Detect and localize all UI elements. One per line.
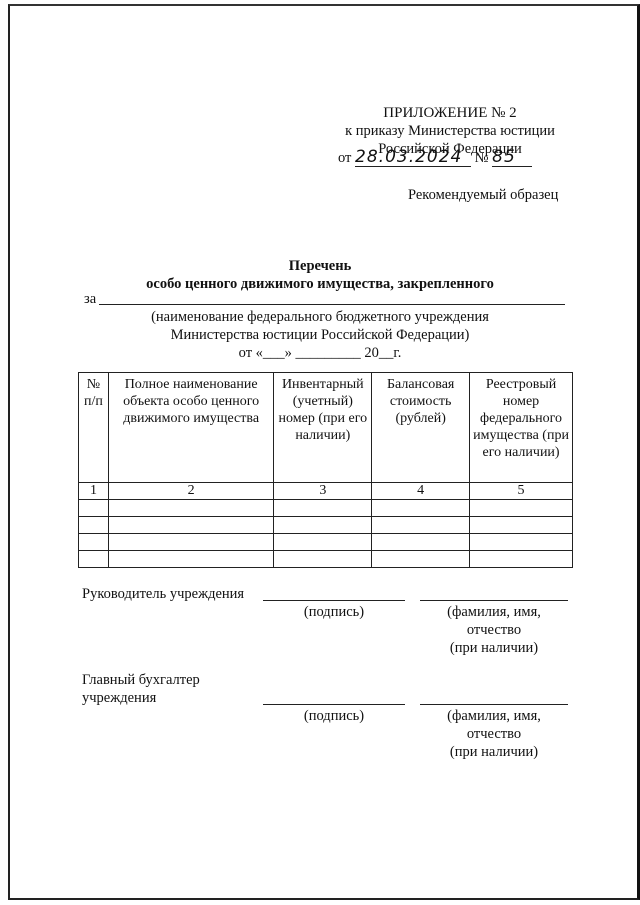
table-cell[interactable] [108, 551, 273, 568]
column-number: 2 [108, 483, 273, 500]
header-cell-index: № п/п [79, 373, 109, 483]
institution-prefix: за [84, 290, 96, 308]
institution-hint-line-2: Министерства юстиции Российской Федераци… [80, 326, 560, 344]
table-cell[interactable] [274, 534, 372, 551]
header-cell-inventory-number: Инвентарный (учетный) номер (при его нал… [274, 373, 372, 483]
document-title: Перечень особо ценного движимого имущест… [80, 257, 560, 293]
name-hint-line-2: отчество [420, 725, 568, 743]
header-cell-name: Полное наименование объекта особо ценног… [108, 373, 273, 483]
order-date-field[interactable]: 28.03.2024 [355, 148, 471, 167]
table-cell[interactable] [372, 517, 470, 534]
head-role-label: Руководитель учреждения [82, 585, 244, 603]
table-cell[interactable] [108, 517, 273, 534]
institution-hint: (наименование федерального бюджетного уч… [80, 308, 560, 362]
table-cell[interactable] [79, 534, 109, 551]
table-cell[interactable] [79, 517, 109, 534]
institution-hint-line-1: (наименование федерального бюджетного уч… [80, 308, 560, 326]
table-cell[interactable] [372, 500, 470, 517]
column-number: 4 [372, 483, 470, 500]
order-date-line: от 28.03.2024 № 85 [338, 148, 578, 167]
column-number: 3 [274, 483, 372, 500]
table-row [79, 517, 573, 534]
institution-date-line[interactable]: от «___» _________ 20__г. [80, 344, 560, 362]
accountant-signature-hint: (подпись) [263, 707, 405, 725]
name-hint-line-3: (при наличии) [420, 743, 568, 761]
header-cell-balance-value: Балансовая стоимость (рублей) [372, 373, 470, 483]
title-line-2: особо ценного движимого имущества, закре… [80, 275, 560, 293]
accountant-role-line-1: Главный бухгалтер [82, 671, 200, 689]
table-header-row: № п/п Полное наименование объекта особо … [79, 373, 573, 483]
accountant-name-field[interactable] [420, 704, 568, 705]
table-cell[interactable] [470, 551, 573, 568]
table-cell[interactable] [274, 551, 372, 568]
name-hint-line-1: (фамилия, имя, [420, 707, 568, 725]
table-cell[interactable] [274, 500, 372, 517]
head-signature-hint: (подпись) [263, 603, 405, 621]
sample-note: Рекомендуемый образец [408, 186, 578, 204]
number-prefix: № [475, 150, 489, 166]
table-cell[interactable] [470, 517, 573, 534]
table-cell[interactable] [108, 534, 273, 551]
table-cell[interactable] [108, 500, 273, 517]
head-name-field[interactable] [420, 600, 568, 601]
head-signature-field[interactable] [263, 600, 405, 601]
table-row [79, 534, 573, 551]
date-prefix: от [338, 150, 351, 166]
title-line-1: Перечень [80, 257, 560, 275]
table-cell[interactable] [372, 551, 470, 568]
order-number-field[interactable]: 85 [492, 148, 532, 167]
property-table: № п/п Полное наименование объекта особо … [78, 372, 573, 568]
appendix-title: ПРИЛОЖЕНИЕ № 2 [330, 104, 570, 122]
order-line-1: к приказу Министерства юстиции [330, 122, 570, 140]
name-hint-line-3: (при наличии) [420, 639, 568, 657]
table-cell[interactable] [470, 534, 573, 551]
table-row [79, 500, 573, 517]
table-cell[interactable] [274, 517, 372, 534]
table-row [79, 551, 573, 568]
column-number: 1 [79, 483, 109, 500]
table-cell[interactable] [470, 500, 573, 517]
column-number: 5 [470, 483, 573, 500]
name-hint-line-2: отчество [420, 621, 568, 639]
table-cell[interactable] [372, 534, 470, 551]
name-hint-line-1: (фамилия, имя, [420, 603, 568, 621]
table-cell[interactable] [79, 500, 109, 517]
column-number-row: 1 2 3 4 5 [79, 483, 573, 500]
head-name-hint: (фамилия, имя, отчество (при наличии) [420, 603, 568, 657]
institution-name-field[interactable] [99, 304, 565, 305]
accountant-role-line-2: учреждения [82, 689, 200, 707]
accountant-role-label: Главный бухгалтер учреждения [82, 671, 200, 707]
accountant-name-hint: (фамилия, имя, отчество (при наличии) [420, 707, 568, 761]
table-cell[interactable] [79, 551, 109, 568]
accountant-signature-field[interactable] [263, 704, 405, 705]
header-cell-registry-number: Реестровый номер федерального имущества … [470, 373, 573, 483]
